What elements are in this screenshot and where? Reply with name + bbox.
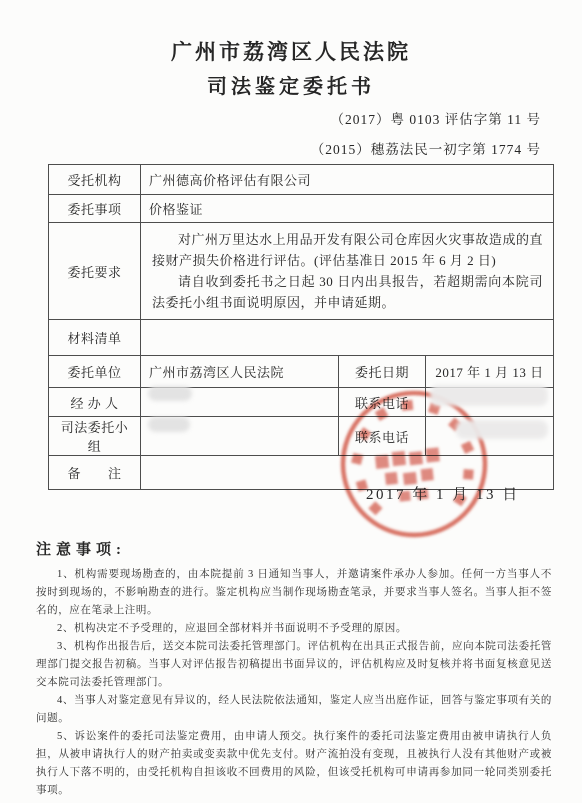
case-number-civil: （2015）穗荔法民一初字第 1774 号 [311, 135, 541, 165]
note-item-4: 4、当事人对鉴定意见有异议的，经人民法院依法通知，鉴定人应当出庭作证，回答与鉴定… [36, 692, 552, 728]
redaction-handler-phone [430, 385, 548, 406]
entrusting-unit-value: 广州市荔湾区人民法院 [141, 356, 339, 388]
note-item-3: 3、机构作出报告后，送交本院司法委托管理部门。评估机构在出具正式报告前，应向本院… [36, 638, 552, 692]
requirements-paragraph-1: 对广州万里达水上用品开发有限公司仓库因火灾事故造成的直接财产损失价格进行评估。(… [152, 229, 543, 271]
requirements-label: 委托要求 [49, 223, 141, 320]
notes-heading: 注意事项: [36, 538, 552, 559]
scanned-legal-document: 广州市荔湾区人民法院 司法鉴定委托书 （2017）粤 0103 评估字第 11 … [0, 0, 582, 803]
table-row: 委托事项 价格鉴证 [49, 195, 554, 223]
entrusted-agency-value: 广州德高价格评估有限公司 [141, 165, 554, 195]
table-row: 材料清单 [49, 320, 554, 356]
materials-list-value [141, 320, 554, 356]
entrusted-matter-label: 委托事项 [49, 195, 141, 223]
case-number-appraisal: （2017）粤 0103 评估字第 11 号 [311, 105, 541, 135]
entrusting-unit-label: 委托单位 [49, 356, 141, 388]
issue-date: 2017 年 1 月 13 日 [366, 483, 520, 504]
requirements-value: 对广州万里达水上用品开发有限公司仓库因火灾事故造成的直接财产损失价格进行评估。(… [141, 223, 554, 320]
entrust-date-value: 2017 年 1 月 13 日 [426, 356, 554, 388]
notes-section: 注意事项: 1、机构需要现场勘查的，由本院提前 3 日通知当事人，并邀请案件承办… [36, 538, 552, 800]
requirements-paragraph-2: 请自收到委托书之日起 30 日内出具报告，若超期需向本院司法委托小组书面说明原因… [152, 271, 543, 313]
court-name-title: 广州市荔湾区人民法院 [0, 36, 582, 66]
judicial-group-phone-label: 联系电话 [339, 417, 426, 456]
handler-phone-label: 联系电话 [339, 388, 426, 417]
entrust-date-label: 委托日期 [339, 356, 426, 388]
note-item-1: 1、机构需要现场勘查的，由本院提前 3 日通知当事人，并邀请案件承办人参加。任何… [36, 566, 552, 620]
entrusted-agency-label: 受托机构 [49, 165, 141, 195]
redaction-judicial-group-phone [456, 420, 548, 439]
note-item-5: 5、诉讼案件的委托司法鉴定费用，由申请人预交。执行案件的委托司法鉴定费用由被申请… [36, 728, 552, 800]
document-title: 司法鉴定委托书 [0, 70, 582, 99]
handler-label: 经 办 人 [49, 388, 141, 417]
table-row: 委托单位 广州市荔湾区人民法院 委托日期 2017 年 1 月 13 日 [49, 356, 554, 388]
remarks-label: 备 注 [49, 456, 141, 490]
materials-list-label: 材料清单 [49, 320, 141, 356]
table-row: 受托机构 广州德高价格评估有限公司 [49, 165, 554, 195]
judicial-group-label: 司法委托小组 [49, 417, 141, 456]
case-numbers: （2017）粤 0103 评估字第 11 号 （2015）穗荔法民一初字第 17… [311, 105, 541, 165]
note-item-2: 2、机构决定不予受理的，应退回全部材料并书面说明不予受理的原因。 [36, 620, 552, 638]
table-row: 委托要求 对广州万里达水上用品开发有限公司仓库因火灾事故造成的直接财产损失价格进… [49, 223, 554, 320]
redaction-handler-name [148, 386, 192, 401]
entrusted-matter-value: 价格鉴证 [141, 195, 554, 223]
redaction-judicial-group-name [148, 417, 190, 432]
commission-form-table: 受托机构 广州德高价格评估有限公司 委托事项 价格鉴证 委托要求 对广州万里达水… [48, 164, 554, 490]
